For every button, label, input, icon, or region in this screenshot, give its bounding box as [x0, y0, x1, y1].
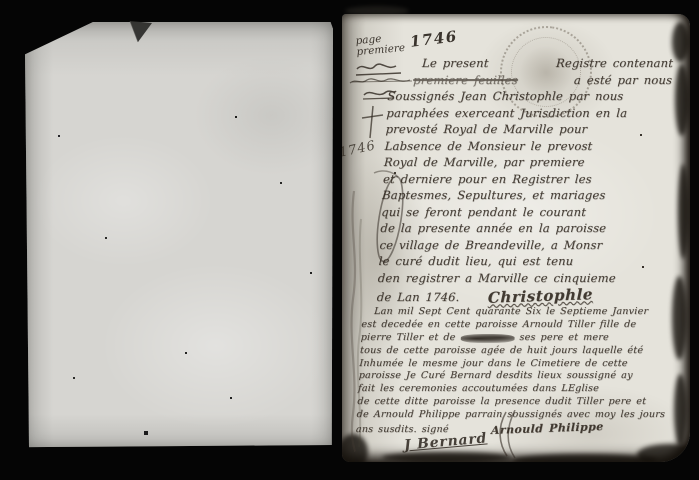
manuscript-text: tous de cette paroisse agée de huit jour… — [360, 345, 644, 356]
manuscript-paragraph-2: Lan mil Sept Cent quarante Six le Septie… — [356, 306, 681, 435]
manuscript-text: Le present — [422, 56, 489, 70]
margin-page-label: page premiere — [355, 32, 405, 58]
manuscript-text: qui se feront pendant le courant — [381, 205, 587, 219]
worn-edge-blob — [672, 22, 689, 62]
manuscript-text: pierre Tiller et de — [360, 332, 455, 343]
manuscript-line: Royal de Marville, par premiere — [383, 155, 668, 172]
manuscript-text: ans susdits. signé — [356, 424, 449, 435]
manuscript-text: de Lan 1746. — [376, 290, 459, 304]
manuscript-text: a esté par nous — [574, 73, 673, 87]
manuscript-paragraph-1: Le presentRegistre contenantpremiere feu… — [377, 56, 674, 304]
left-page-blank — [25, 22, 333, 448]
manuscript-text: Baptesmes, Sepultures, et mariages — [382, 188, 606, 202]
corner-fold-icon — [127, 18, 155, 46]
manuscript-line: Le presentRegistre contenant — [389, 56, 674, 73]
manuscript-line: Soussignés Jean Christophle par nous — [387, 89, 672, 106]
manuscript-line: paraphées exerceant Jurisdiction en la — [386, 106, 671, 123]
manuscript-text: Inhumée le mesme jour dans le Cimetiere … — [359, 358, 628, 369]
manuscript-text: fait les ceremonies accoutumées dans LEg… — [358, 383, 600, 394]
worn-edge-blob — [678, 164, 689, 259]
manuscript-text: de Arnould Philippe parrain soussignés a… — [356, 409, 665, 420]
margin-cross-icon — [360, 104, 386, 142]
manuscript-line: de Arnould Philippe parrain soussignés a… — [356, 409, 675, 422]
manuscript-line: fait les ceremonies accoutumées dans LEg… — [358, 383, 677, 396]
manuscript-line: est decedée en cette paroisse Arnould Ti… — [361, 319, 680, 332]
manuscript-text: paraphées exerceant Jurisdiction en la — [386, 106, 627, 120]
manuscript-text: prevosté Royal de Marville pour — [385, 122, 587, 136]
manuscript-line: Lan mil Sept Cent quarante Six le Septie… — [362, 306, 681, 319]
manuscript-line: Inhumée le mesme jour dans le Cimetiere … — [359, 358, 678, 371]
manuscript-line: tous de cette paroisse agée de huit jour… — [360, 345, 679, 358]
manuscript-line: ce village de Breandeville, a Monsr — [379, 238, 664, 255]
manuscript-line: ans susdits. signéArnould Philippe — [356, 422, 675, 435]
worn-edge-blob — [512, 454, 657, 462]
worn-edge-blob — [382, 452, 512, 462]
signature-text: Christophle — [487, 285, 593, 307]
book-scan: page premiere 1746 1746 — [0, 0, 699, 480]
manuscript-line: de Lan 1746.Christophle — [377, 287, 662, 304]
manuscript-line: den registrer a Marville ce cinquieme — [377, 271, 662, 288]
manuscript-line: Labsence de Monsieur le prevost — [384, 139, 669, 156]
manuscript-text: paroisse Je Curé Bernard desdits lieux s… — [358, 370, 633, 381]
manuscript-text: premiere feuilles — [413, 73, 518, 87]
manuscript-text: ce village de Breandeville, a Monsr — [379, 238, 603, 252]
manuscript-line: qui se feront pendant le courant — [381, 205, 666, 222]
manuscript-line: et derniere pour en Registrer les — [383, 172, 668, 189]
manuscript-line: de la presente année en la paroisse — [380, 221, 665, 238]
manuscript-line: le curé dudit lieu, qui est tenu — [378, 254, 663, 271]
manuscript-line: pierre Tiller et deses pere et mere — [360, 332, 679, 345]
manuscript-text: Labsence de Monsieur le prevost — [384, 139, 592, 153]
manuscript-text: de cette ditte paroisse la presence dudi… — [357, 396, 646, 407]
worn-edge-blob — [675, 64, 689, 136]
dust-specks — [25, 22, 27, 24]
manuscript-text: den registrer a Marville ce cinquieme — [378, 271, 617, 285]
right-page-manuscript: page premiere 1746 1746 — [342, 14, 690, 462]
manuscript-text: de la presente année en la paroisse — [380, 221, 607, 235]
margin-year-note: 1746 — [342, 138, 377, 160]
manuscript-line: premiere feuillesa esté par nous — [388, 73, 673, 90]
manuscript-text: Registre contenant — [556, 56, 674, 70]
manuscript-text: est decedée en cette paroisse Arnould Ti… — [361, 319, 636, 330]
manuscript-text: ses pere et mere — [519, 332, 609, 343]
manuscript-line: paroisse Je Curé Bernard desdits lieux s… — [358, 370, 677, 383]
dust-specks — [342, 14, 344, 16]
manuscript-text: Royal de Marville, par premiere — [384, 155, 586, 169]
manuscript-line: Baptesmes, Sepultures, et mariages — [382, 188, 667, 205]
manuscript-text: le curé dudit lieu, qui est tenu — [378, 254, 573, 268]
manuscript-text: Lan mil Sept Cent quarante Six le Septie… — [374, 306, 649, 317]
manuscript-line: prevosté Royal de Marville pour — [385, 122, 670, 139]
manuscript-text: Soussignés Jean Christophle par nous — [387, 89, 624, 103]
manuscript-text — [460, 334, 514, 343]
signature-text: Arnould Philippe — [491, 420, 604, 437]
manuscript-line: de cette ditte paroisse la presence dudi… — [357, 396, 676, 409]
worn-edge-blob — [637, 444, 690, 462]
manuscript-text: et derniere pour en Registrer les — [383, 172, 593, 186]
year-heading: 1746 — [409, 27, 459, 51]
